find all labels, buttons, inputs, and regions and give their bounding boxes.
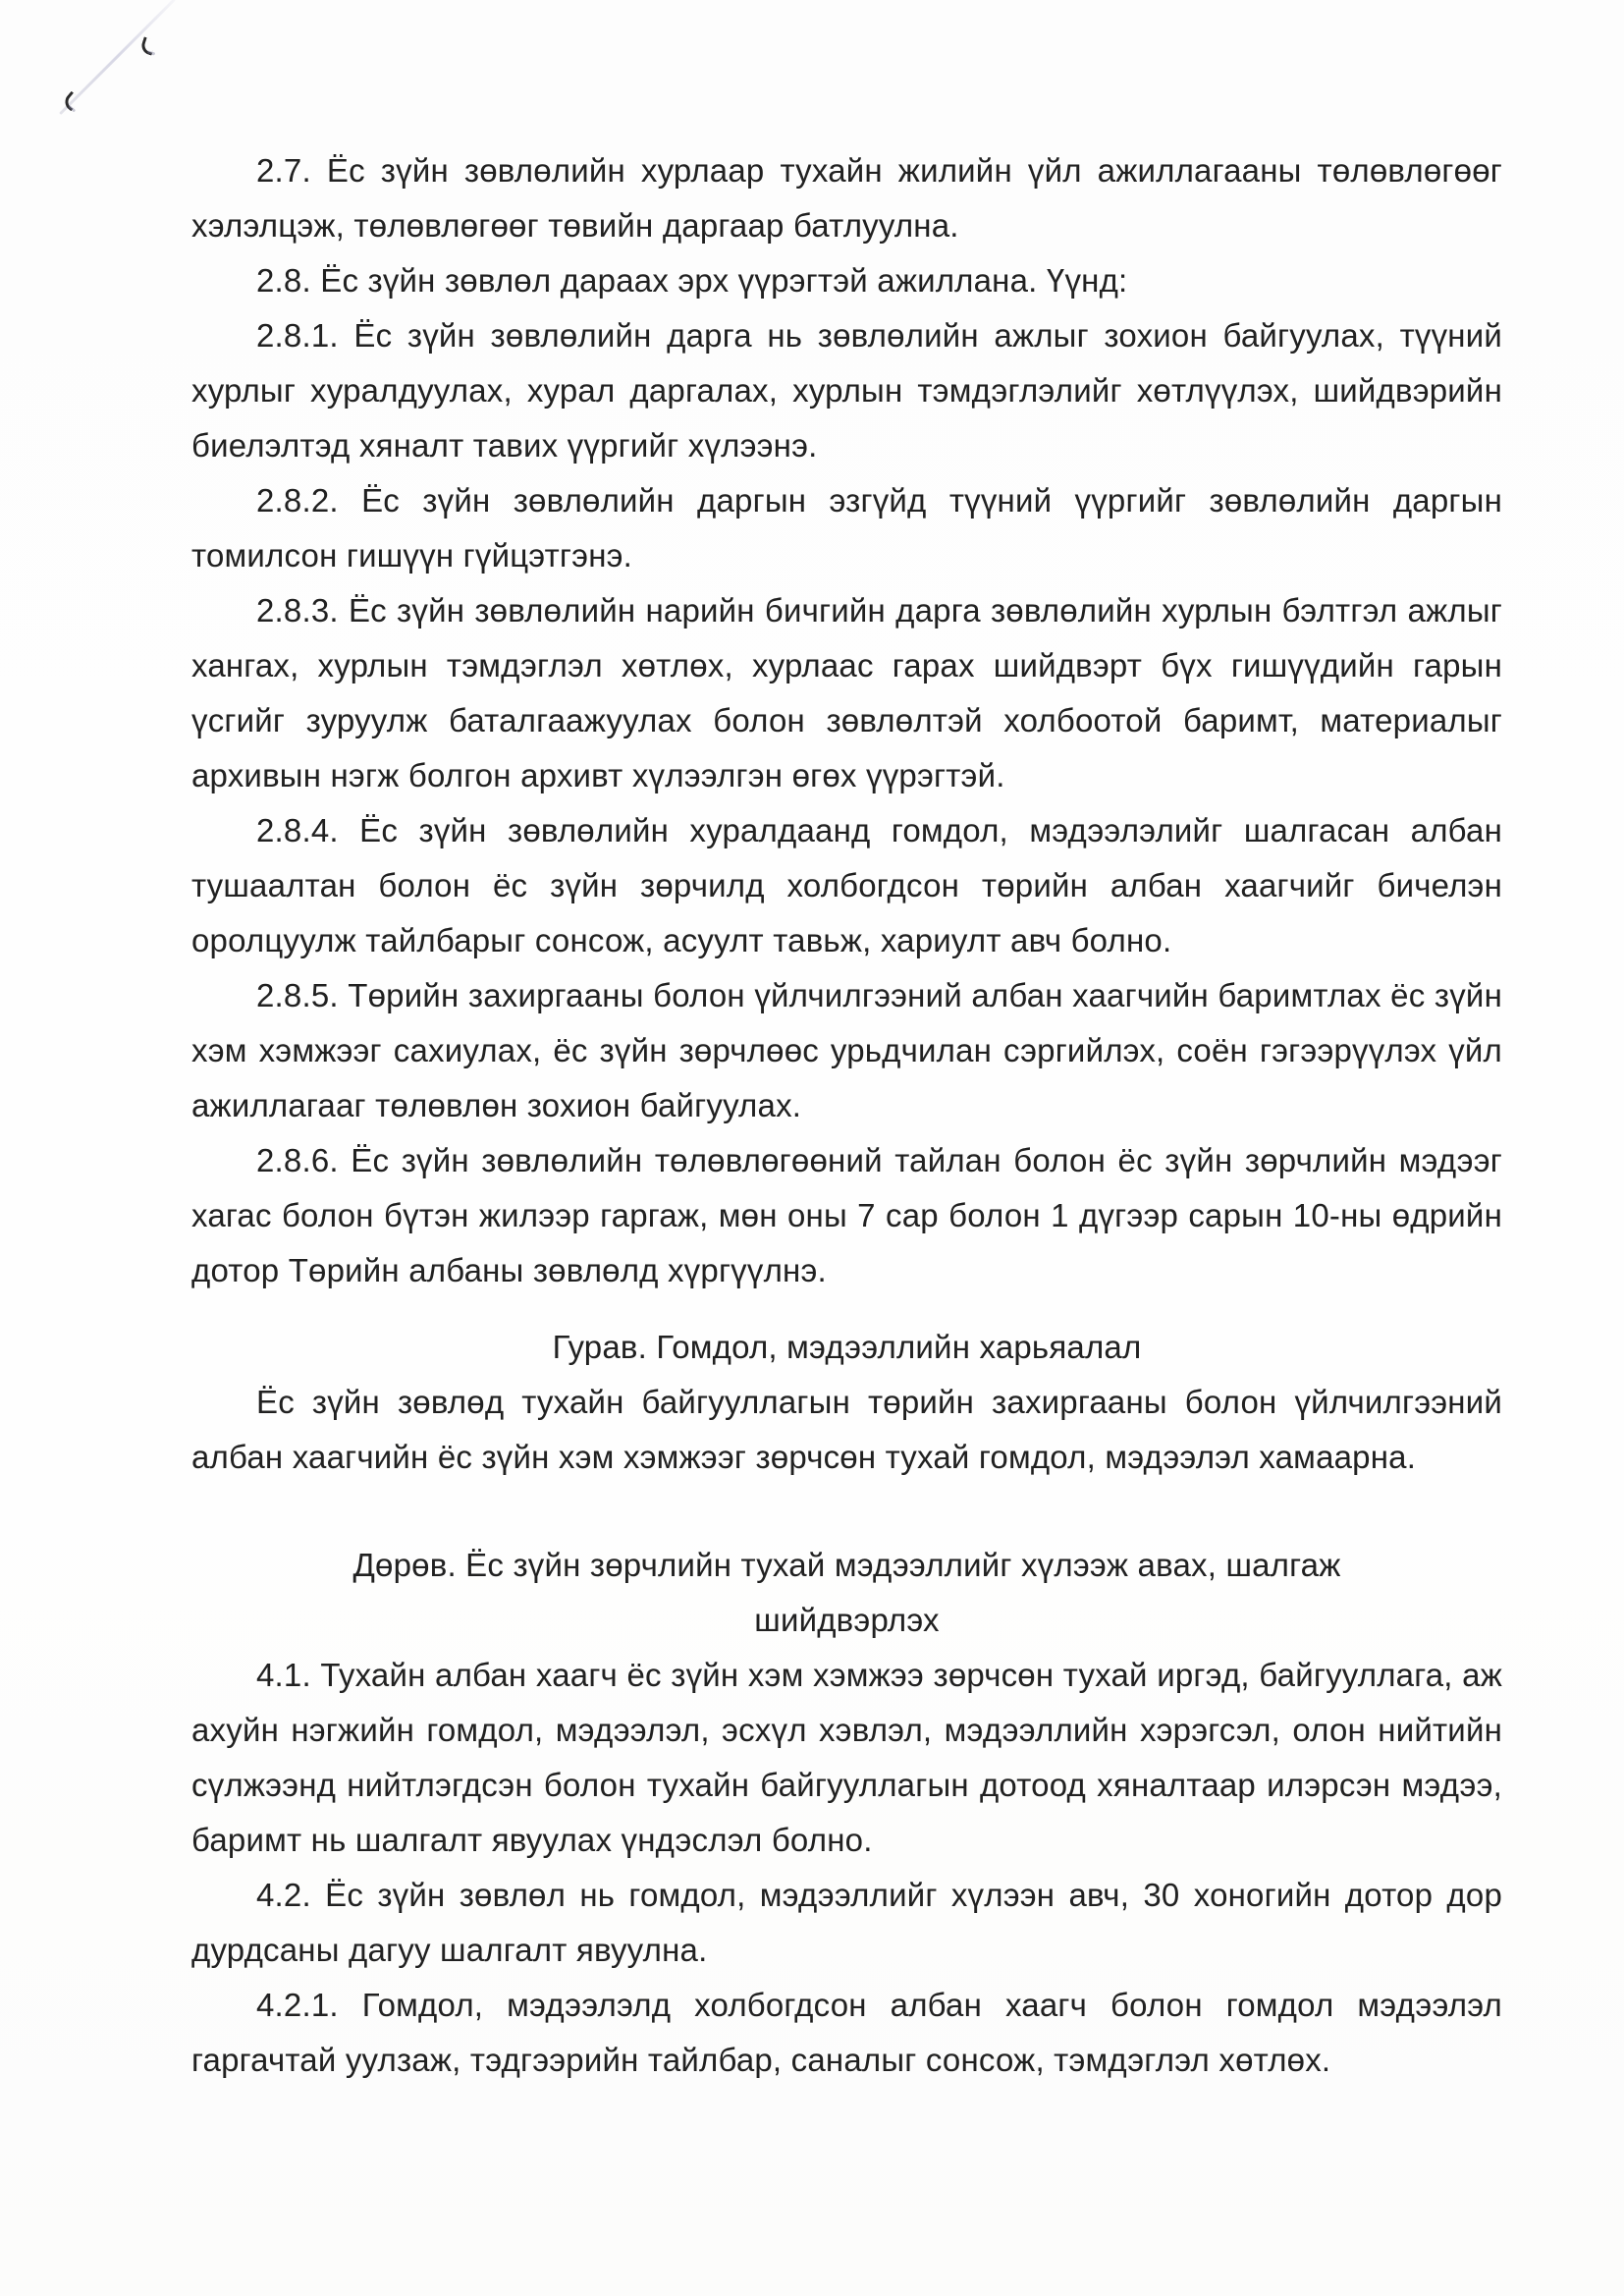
paragraph-2-8-2: 2.8.2. Ёс зүйн зөвлөлийн даргын эзгүйд т… bbox=[191, 473, 1502, 583]
paragraph-section-three: Ёс зүйн зөвлөд тухайн байгууллагын төрий… bbox=[191, 1375, 1502, 1485]
paragraph-2-8-1: 2.8.1. Ёс зүйн зөвлөлийн дарга нь зөвлөл… bbox=[191, 308, 1502, 473]
scan-mark-artifact bbox=[139, 36, 156, 55]
paragraph-4-2: 4.2. Ёс зүйн зөвлөл нь гомдол, мэдээллий… bbox=[191, 1868, 1502, 1978]
paragraph-2-7: 2.7. Ёс зүйн зөвлөлийн хурлаар тухайн жи… bbox=[191, 143, 1502, 253]
paragraph-2-8-3: 2.8.3. Ёс зүйн зөвлөлийн нарийн бичгийн … bbox=[191, 583, 1502, 803]
paragraph-2-8-6: 2.8.6. Ёс зүйн зөвлөлийн төлөвлөгөөний т… bbox=[191, 1133, 1502, 1298]
document-body: 2.7. Ёс зүйн зөвлөлийн хурлаар тухайн жи… bbox=[191, 143, 1502, 2088]
scanned-document-page: 2.7. Ёс зүйн зөвлөлийн хурлаар тухайн жи… bbox=[0, 0, 1624, 2296]
paragraph-4-1: 4.1. Тухайн албан хаагч ёс зүйн хэм хэмж… bbox=[191, 1648, 1502, 1868]
paragraph-2-8-4: 2.8.4. Ёс зүйн зөвлөлийн хуралдаанд гомд… bbox=[191, 803, 1502, 968]
paragraph-2-8: 2.8. Ёс зүйн зөвлөл дараах эрх үүрэгтэй … bbox=[191, 253, 1502, 308]
section-heading-four: Дөрөв. Ёс зүйн зөрчлийн тухай мэдээллийг… bbox=[352, 1538, 1343, 1648]
paragraph-2-8-5: 2.8.5. Төрийн захиргааны болон үйлчилгээ… bbox=[191, 968, 1502, 1133]
paragraph-4-2-1: 4.2.1. Гомдол, мэдээлэлд холбогдсон алба… bbox=[191, 1978, 1502, 2088]
section-heading-three: Гурав. Гомдол, мэдээллийн харьяалал bbox=[352, 1320, 1343, 1375]
